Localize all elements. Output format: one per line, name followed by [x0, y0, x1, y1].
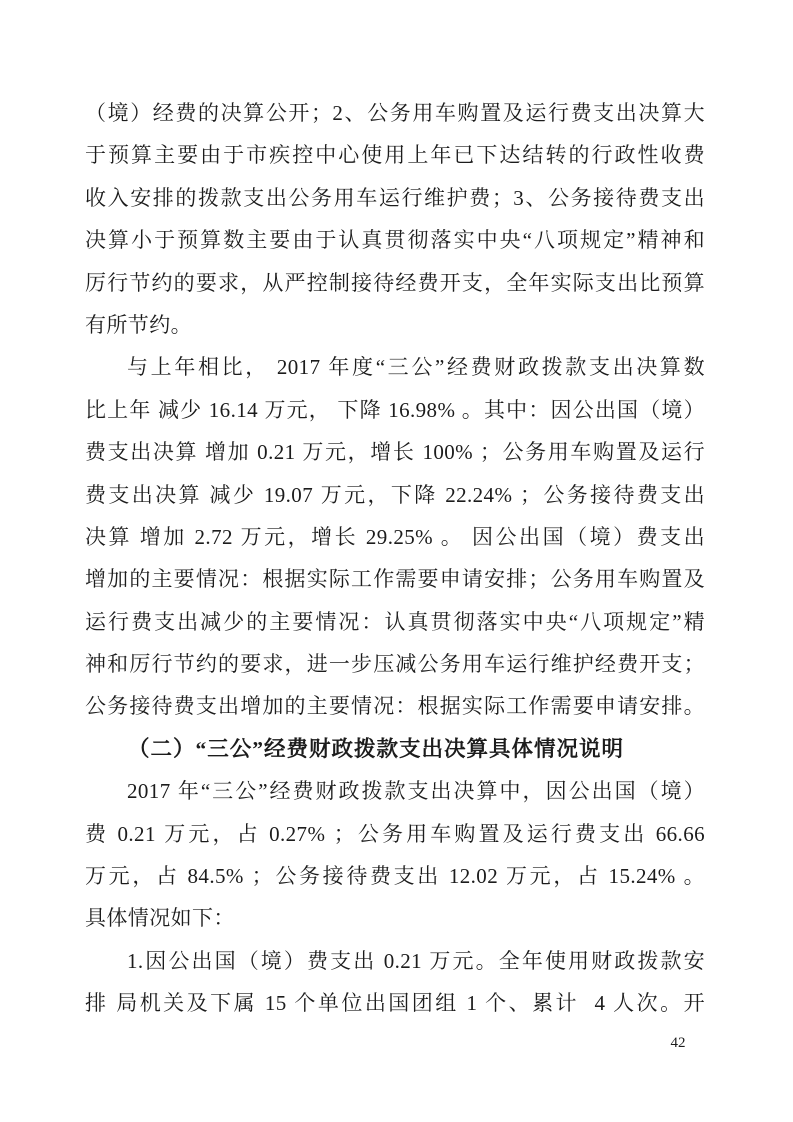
- text-line: 比上年 减少 16.14 万元， 下降 16.98% 。其中：因公出国（境）: [85, 389, 705, 431]
- text-line: 决算 增加 2.72 万元，增长 29.25% 。 因公出国（境）费支出: [85, 516, 705, 558]
- text-line: 决算小于预算数主要由于认真贯彻落实中央“八项规定”精神和: [85, 219, 705, 261]
- text-line: 公务接待费支出增加的主要情况：根据实际工作需要申请安排。: [85, 685, 705, 727]
- text-line: （境）经费的决算公开；2、公务用车购置及运行费支出决算大: [85, 92, 705, 134]
- text-block: （境）经费的决算公开；2、公务用车购置及运行费支出决算大 于预算主要由于市疾控中…: [85, 92, 705, 1025]
- text-line: 收入安排的拨款支出公务用车运行维护费；3、公务接待费支出: [85, 177, 705, 219]
- text-line: 1.因公出国（境）费支出 0.21 万元。全年使用财政拨款安: [85, 940, 705, 982]
- text-line: 排 局机关及下属 15 个单位出国团组 1 个、累计 4 人次。开: [85, 982, 705, 1024]
- text-line: 神和厉行节约的要求，进一步压减公务用车运行维护经费开支；: [85, 643, 705, 685]
- text-line: 费 0.21 万元，占 0.27% ；公务用车购置及运行费支出 66.66: [85, 813, 705, 855]
- document-page: （境）经费的决算公开；2、公务用车购置及运行费支出决算大 于预算主要由于市疾控中…: [0, 0, 793, 1122]
- page-number: 42: [648, 1033, 708, 1053]
- text-line: 有所节约。: [85, 304, 705, 346]
- text-line: 费支出决算 减少 19.07 万元，下降 22.24% ；公务接待费支出: [85, 474, 705, 516]
- section-heading: （二）“三公”经费财政拨款支出决算具体情况说明: [85, 728, 705, 770]
- text-line: 与上年相比， 2017 年度“三公”经费财政拨款支出决算数: [85, 346, 705, 388]
- text-line: 于预算主要由于市疾控中心使用上年已下达结转的行政性收费: [85, 134, 705, 176]
- text-line: 具体情况如下：: [85, 897, 705, 939]
- text-line: 费支出决算 增加 0.21 万元，增长 100% ；公务用车购置及运行: [85, 431, 705, 473]
- text-line: 运行费支出减少的主要情况：认真贯彻落实中央“八项规定”精: [85, 601, 705, 643]
- text-line: 增加的主要情况：根据实际工作需要申请安排；公务用车购置及: [85, 558, 705, 600]
- text-line: 2017 年“三公”经费财政拨款支出决算中，因公出国（境）: [85, 770, 705, 812]
- text-line: 厉行节约的要求，从严控制接待经费开支，全年实际支出比预算: [85, 262, 705, 304]
- text-line: 万元，占 84.5% ；公务接待费支出 12.02 万元，占 15.24% 。: [85, 855, 705, 897]
